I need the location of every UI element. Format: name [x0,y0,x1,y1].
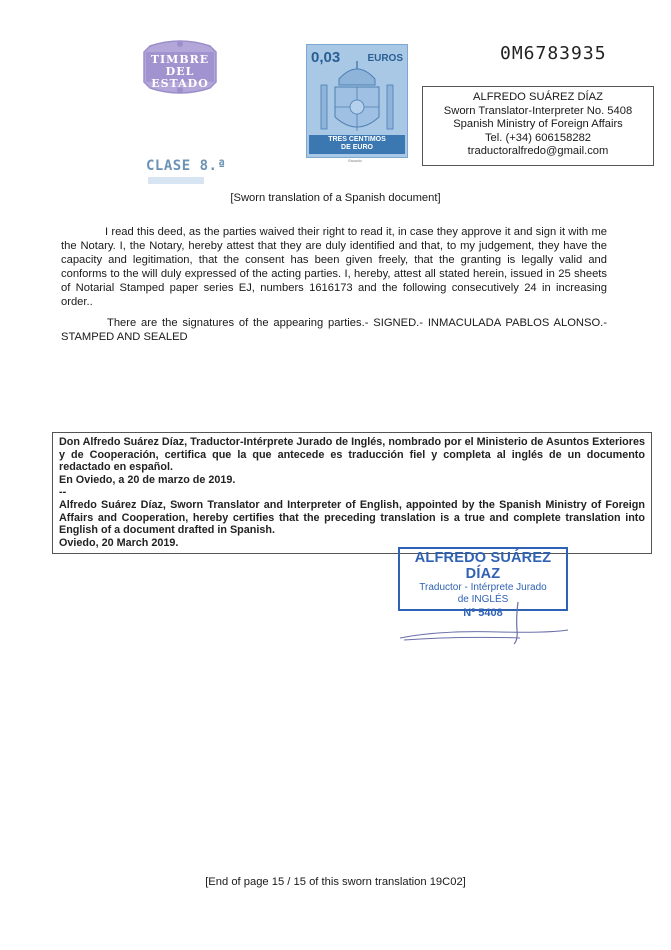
stamp-imprint: Escudo [330,158,380,163]
clase-label: CLASE 8.ª [146,158,226,174]
translator-ministry: Spanish Ministry of Foreign Affairs [423,118,653,132]
timbre-line2: DEL ESTADO [140,66,220,90]
certification-english: Alfredo Suárez Díaz, Sworn Translator an… [59,499,645,537]
clase-microprint [148,177,204,184]
translator-phone: Tel. (+34) 606158282 [423,132,653,146]
page-footer: [End of page 15 / 15 of this sworn trans… [0,876,671,888]
certification-spanish: Don Alfredo Suárez Díaz, Traductor-Intér… [59,436,645,474]
timbre-del-estado-seal: TIMBRE DEL ESTADO [140,38,220,96]
certification-box: Don Alfredo Suárez Díaz, Traductor-Intér… [52,432,652,554]
euro-stamp: 0,03 EUROS TRES CENTIMOS DE EURO [306,44,408,158]
stamp-band-line2: DE EURO [309,144,405,152]
stamp-band: TRES CENTIMOS DE EURO [309,135,405,154]
translator-info-box: ALFREDO SUÁREZ DÍAZ Sworn Translator-Int… [422,86,654,166]
paragraph-text: There are the signatures of the appearin… [61,316,607,344]
paragraph-signatures: There are the signatures of the appearin… [61,316,607,344]
paragraph-text: I read this deed, as the parties waived … [61,225,607,309]
translator-name: ALFREDO SUÁREZ DÍAZ [423,91,653,105]
seal-name: ALFREDO SUÁREZ DÍAZ [400,550,566,582]
translator-title: Sworn Translator-Interpreter No. 5408 [423,105,653,119]
translator-email[interactable]: traductoralfredo@gmail.com [423,145,653,159]
stamp-band-line1: TRES CENTIMOS [309,136,405,144]
certification-spanish-date: En Oviedo, a 20 de marzo de 2019. [59,474,645,487]
timbre-text: TIMBRE DEL ESTADO [140,54,220,90]
certification-separator: -- [59,486,645,499]
serial-number: 0M6783935 [500,43,607,64]
seal-title: Traductor - Intérprete Jurado [400,582,566,594]
signature-icon [400,600,580,650]
document-title: [Sworn translation of a Spanish document… [0,192,671,204]
paragraph-deed: I read this deed, as the parties waived … [107,225,607,309]
